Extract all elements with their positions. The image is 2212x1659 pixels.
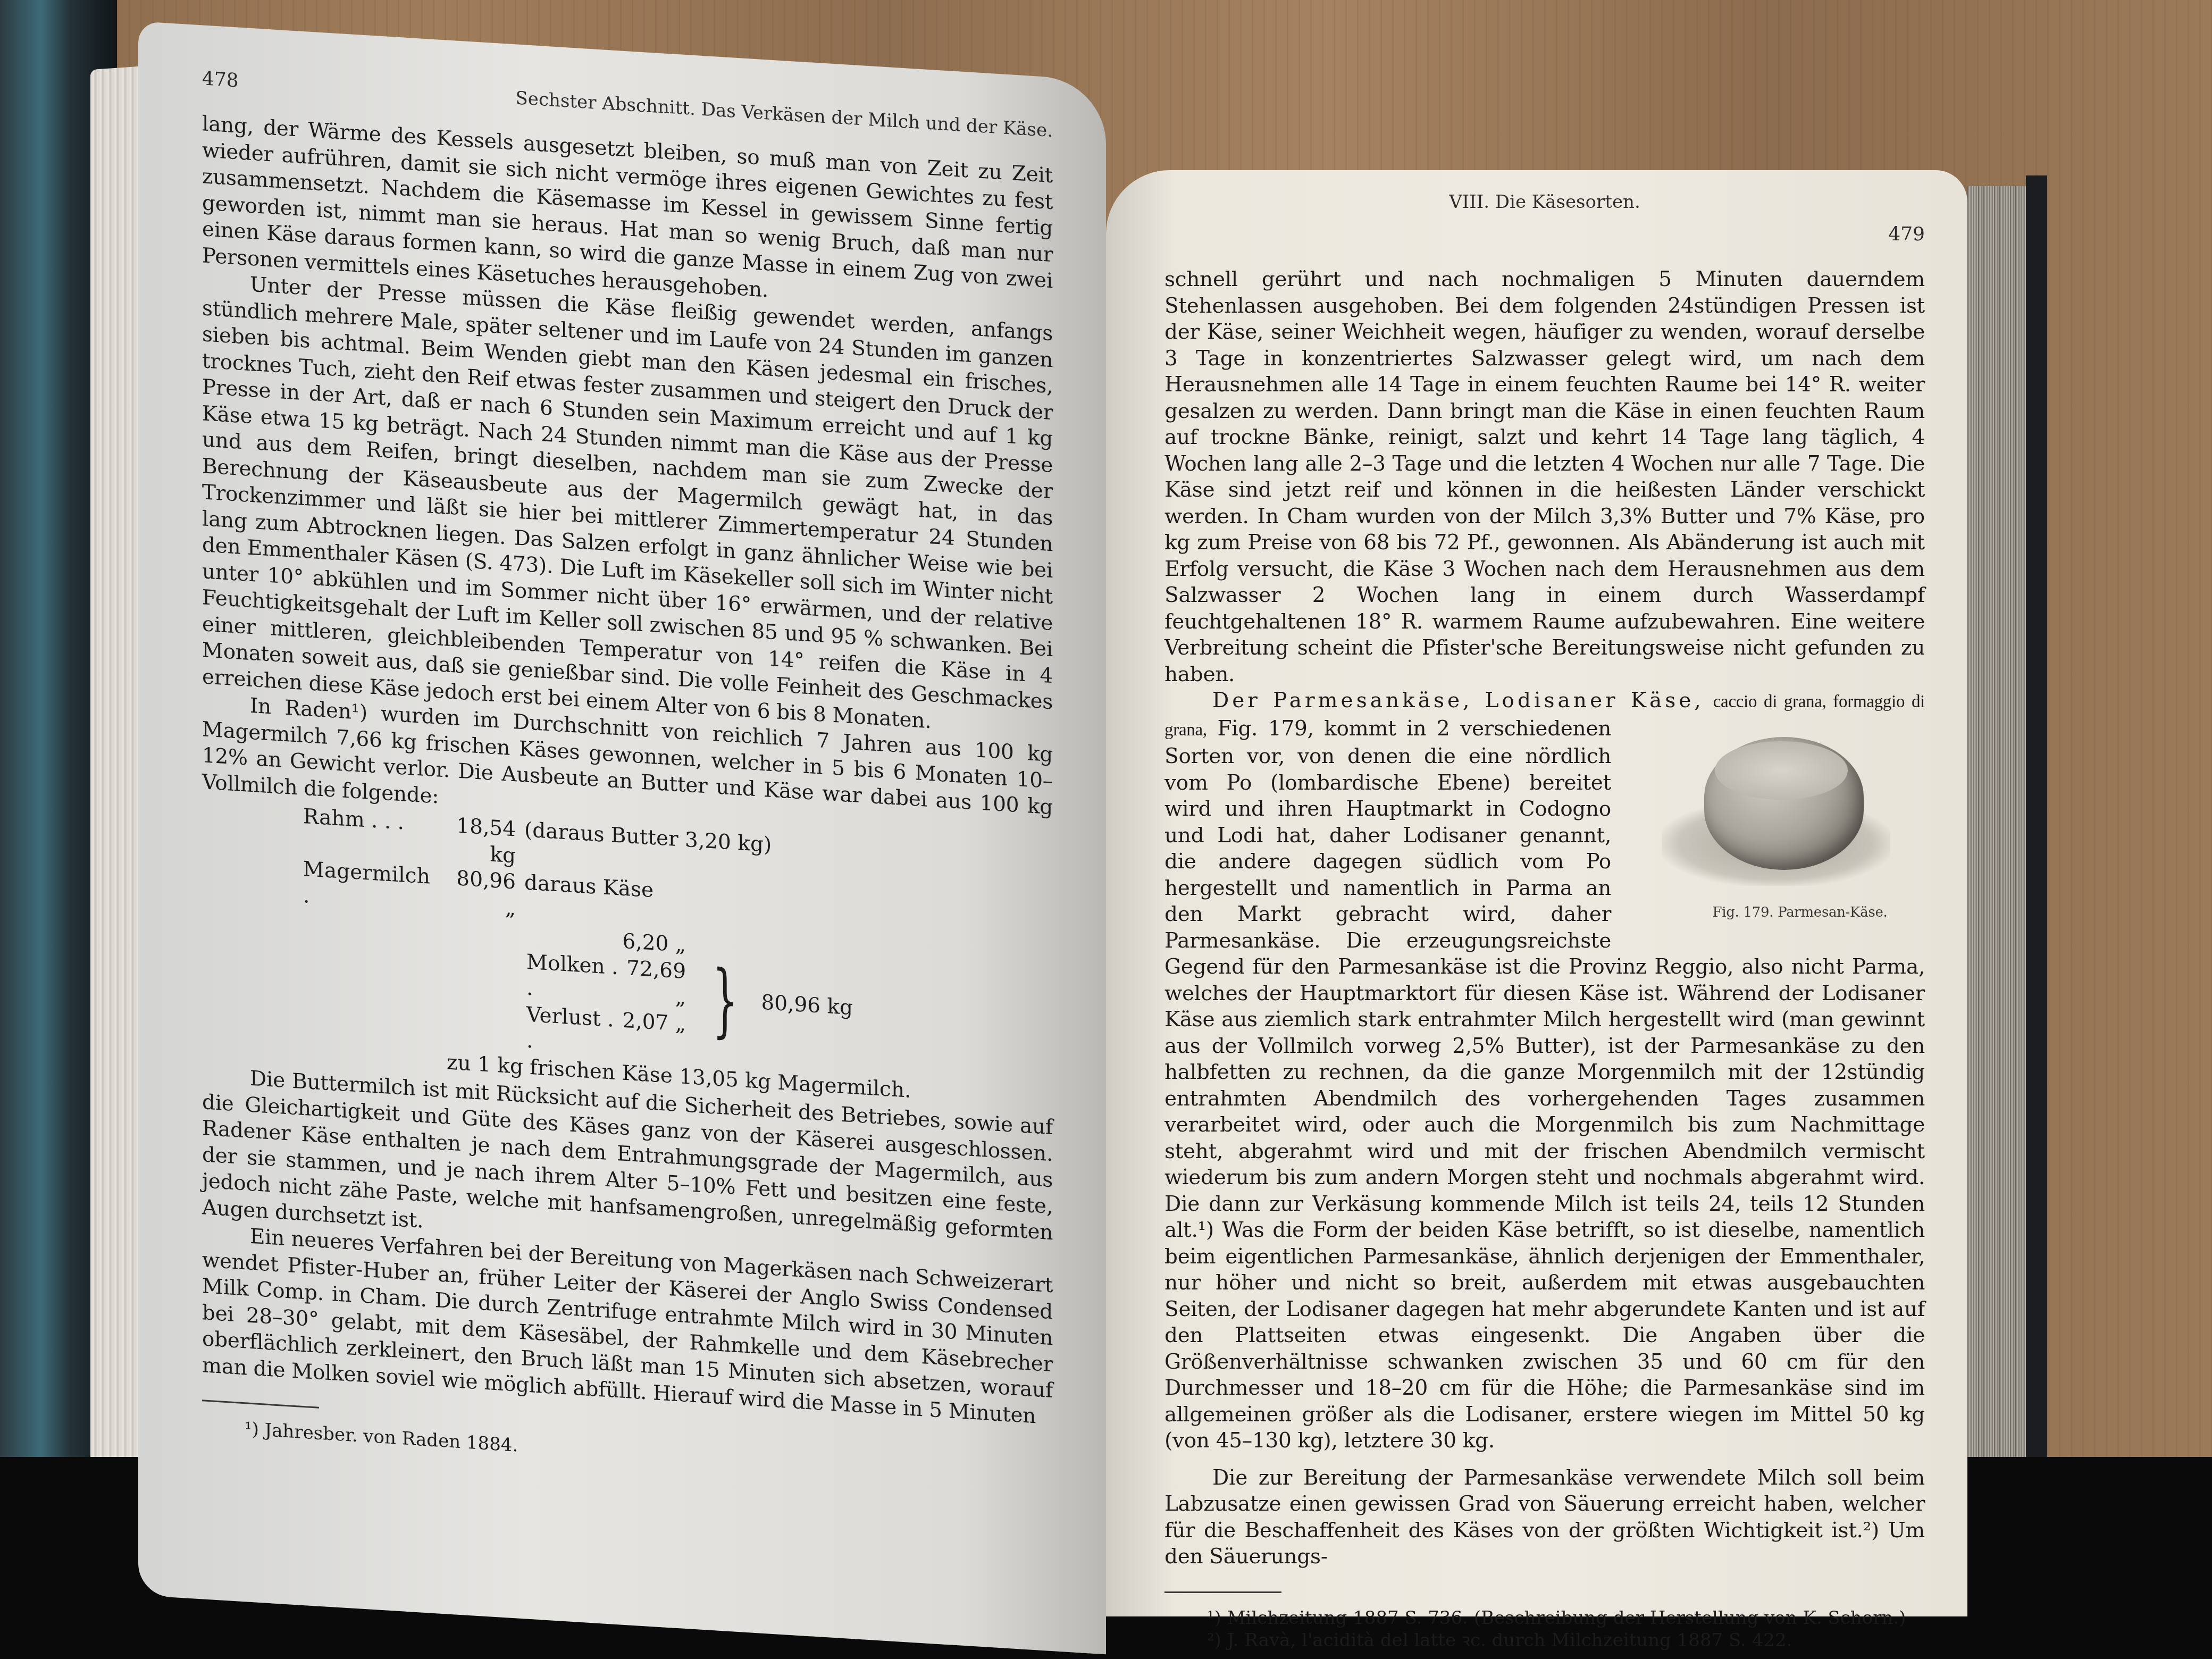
page-edges-right (1967, 186, 2026, 1611)
book-cover-right (2026, 175, 2047, 1622)
right-running-head: VIII. Die Käsesorten. 479 (1164, 191, 1925, 245)
left-page: 478 Sechster Abschnitt. Das Verkäsen der… (138, 21, 1106, 1654)
footnote-divider (1164, 1591, 1281, 1593)
figure-caption: Fig. 179. Parmesan-Käse. (1627, 900, 1925, 926)
parmesan-paragraph: Der Parmesankäse, Lodisaner Käse, caccio… (1164, 688, 1925, 1454)
curly-brace-icon: } (713, 960, 738, 1041)
footnote: ¹) Jahresber. von Raden 1884. (245, 1418, 1053, 1489)
running-head-title-right: VIII. Die Käsesorten. (1449, 191, 1640, 213)
page-number-left: 478 (202, 68, 239, 91)
footnote-divider (202, 1400, 319, 1408)
brace-total: 80,96 kg (761, 990, 853, 1021)
paragraph: Unter der Presse müssen die Käse fleißig… (202, 269, 1053, 742)
yield-row: Molken . . 72,69 „ (526, 949, 694, 1011)
paragraph: schnell gerührt und nach nochmaligen 5 M… (1164, 266, 1925, 688)
right-page: VIII. Die Käsesorten. 479 schnell gerühr… (1106, 170, 1967, 1616)
yield-table: Rahm . . . 18,54 kg (daraus Butter 3,20 … (303, 803, 1053, 1112)
footnote: ²) J. Ravà, l'acidità del latte ꝛc. durc… (1207, 1629, 1925, 1652)
running-head-title-left: Sechster Abschnitt. Das Verkäsen der Mil… (516, 87, 1053, 141)
paragraph: Die zur Bereitung der Parmesankäse verwe… (1164, 1465, 1925, 1570)
page-number-right: 479 (1888, 223, 1925, 245)
figure-179: Fig. 179. Parmesan-Käse. (1627, 721, 1925, 926)
cheese-wheel-illustration-icon (1662, 732, 1890, 891)
yield-row: Verlust . . 2,07 „ (526, 1001, 694, 1064)
term-parmesan: Der Parmesankäse, Lodisaner Käse, (1212, 689, 1704, 713)
footnote: ¹) Milchzeitung 1887 S. 736. (Beschreibu… (1207, 1607, 1925, 1629)
